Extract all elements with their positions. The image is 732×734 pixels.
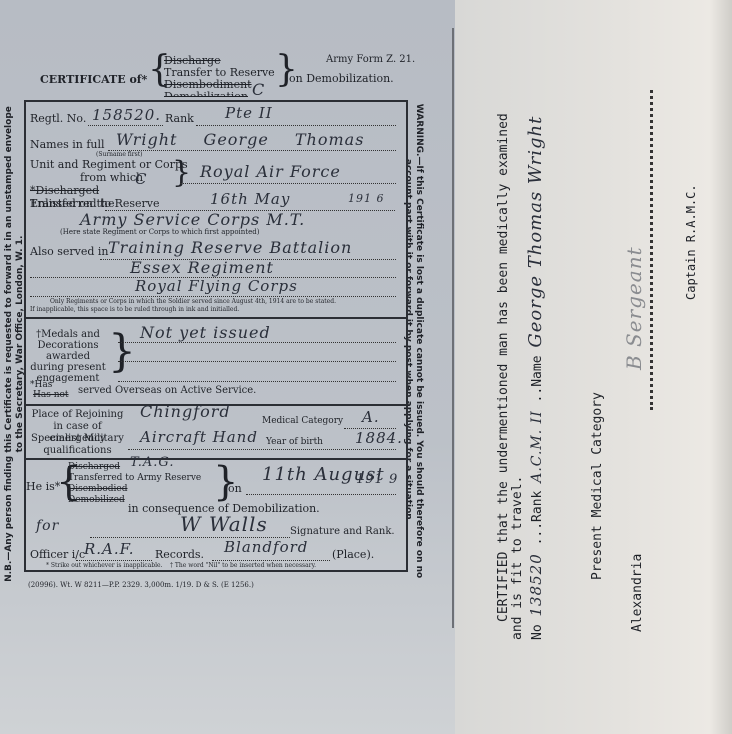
dotted-line [118, 360, 396, 362]
present-medical-category-label: Present Medical Category [590, 392, 605, 580]
unit-label-discharged: *Discharged [30, 184, 188, 197]
rank-value: Pte II [225, 104, 273, 122]
dotted-line [118, 380, 396, 382]
medical-category-value: A. [362, 408, 380, 426]
year-of-birth-value: 1884. [355, 429, 403, 447]
year-of-birth-label: Year of birth [266, 437, 323, 447]
printer-line: (20996). Wt. W 8211—P.P. 2329. 3,000m. 1… [28, 581, 254, 589]
regtl-no-value: 158520. [92, 106, 161, 124]
certificate-title: CERTIFICATE of* [40, 73, 147, 86]
on-demobilization: on Demobilization. [289, 72, 394, 85]
no-label: No [530, 624, 545, 640]
name-label: Name [530, 355, 545, 386]
rank-label: Rank [165, 112, 194, 125]
specialist-label: Specialist Military qualifications [30, 433, 125, 457]
officer-signature: B Sergeant [622, 246, 646, 370]
no-value: 138520 [527, 553, 545, 616]
also-served-label: Also served in [30, 245, 109, 258]
has-label: *Has [30, 380, 52, 390]
overseas-label: served Overseas on Active Service. [78, 385, 256, 396]
dotted-line [108, 149, 396, 151]
signature-dotted-line [650, 90, 653, 410]
option-mark: C [252, 80, 265, 99]
side-note-finding: N.B.—Any person finding this Certificate… [4, 104, 26, 584]
dotted-line [76, 559, 152, 561]
medical-category-label: Medical Category [262, 416, 343, 426]
rejoin-value: Chingford [140, 402, 231, 421]
certified-line-2: and is fit to travel. [510, 476, 525, 640]
also-served-note: Only Regiments or Corps in which the Sol… [50, 298, 336, 305]
first-corps-note: (Here state Regiment or Corps to which f… [60, 228, 259, 236]
enlisted-value: 16th May [210, 190, 290, 208]
records-label: Records. [155, 548, 204, 561]
signature-label: Signature and Rank. [290, 526, 395, 537]
also-served-note: If inapplicable, this space is to be rul… [30, 306, 239, 313]
on-year-value: 191 9 [356, 472, 398, 487]
dotted-line [88, 124, 163, 126]
officer-prefix: for [36, 518, 59, 534]
certified-details: No 138520 ...Rank A.C.M. II ..Name Georg… [525, 116, 546, 640]
name-value: George Thomas Wright [525, 116, 546, 348]
place-alexandria: Alexandria [630, 554, 645, 632]
medals-value: Not yet issued [140, 323, 271, 342]
army-form-number: Army Form Z. 21. [326, 54, 415, 65]
dotted-line [128, 448, 396, 450]
also-served-value: Essex Regiment [130, 258, 274, 277]
place-label: (Place). [332, 548, 374, 561]
first-corps-value: Army Service Corps M.T. [80, 210, 305, 229]
divider [24, 317, 406, 319]
names-label: Names in full [30, 138, 105, 151]
records-value: Blandford [224, 538, 308, 556]
rank-label: Rank [530, 491, 545, 522]
medals-label: †Medals and Decorations awarded during p… [28, 329, 108, 384]
names-value: Wright George Thomas [116, 130, 364, 149]
rank-value: A.C.M. II [529, 410, 545, 483]
specialist-value: Aircraft Hand [140, 428, 258, 446]
footnote-nil: † The word "Nil" to be inserted when nec… [170, 562, 316, 569]
unit-label-line: from which [30, 171, 188, 184]
dotted-line [212, 559, 330, 561]
footnote-strike-out: * Strike out whichever is inapplicable. [46, 562, 162, 569]
also-served-value: Royal Flying Corps [135, 277, 298, 295]
status-transferred: Transferred to Army Reserve [68, 473, 201, 484]
enlisted-year: 191 6 [348, 192, 385, 205]
dotted-line [180, 182, 396, 184]
dotted-line [196, 124, 396, 126]
on-label: on [228, 482, 242, 495]
unit-mark: C [135, 170, 147, 188]
status-initials: T.A.G. [130, 455, 174, 470]
dotted-line [30, 295, 396, 297]
unit-value: Royal Air Force [200, 162, 341, 181]
certified-line-1: CERTIFIED that the undermentioned man ha… [496, 113, 511, 622]
unit-label-line: Unit and Regiment or Corps [30, 158, 188, 171]
enlisted-label: Enlisted on the [30, 197, 114, 210]
officer-value: R.A.F. [84, 540, 135, 558]
brace: } [108, 330, 136, 374]
regtl-no-label: Regtl. No. [30, 112, 86, 125]
officer-title: Captain R.A.M.C. [684, 184, 698, 300]
status-disembodied: Disembodied [68, 484, 201, 495]
signature-value: W Walls [180, 512, 268, 536]
also-served-value: Training Reserve Battalion [108, 238, 352, 257]
has-not-label: Has not [33, 390, 69, 400]
sheet-edge [452, 28, 454, 628]
names-sub-label: (Surname first) [96, 151, 142, 158]
dotted-line [246, 493, 396, 495]
